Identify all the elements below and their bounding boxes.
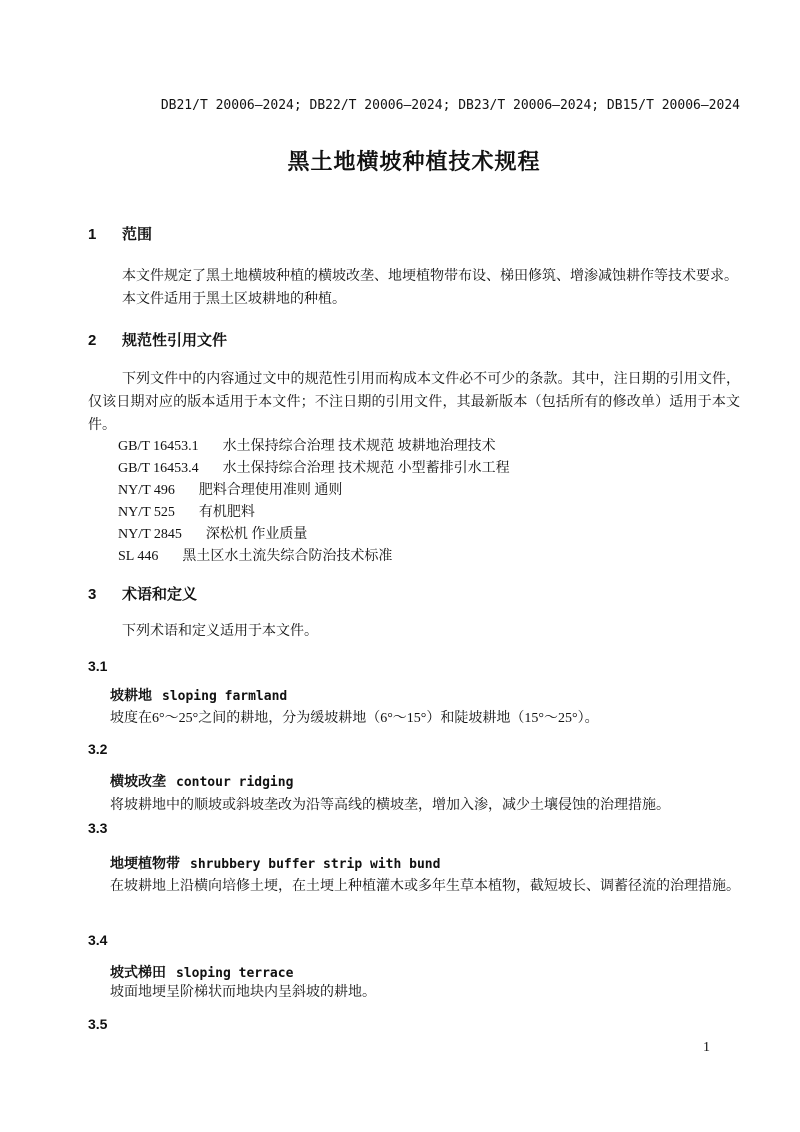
reference-item: NY/T 496肥料合理使用准则 通则 xyxy=(88,480,740,502)
section-heading-normative-references: 2规范性引用文件 xyxy=(88,332,740,350)
reference-title: 肥料合理使用准则 通则 xyxy=(199,483,343,498)
standard-document-page: DB21/T 20006—2024; DB22/T 20006—2024; DB… xyxy=(0,0,800,1132)
reference-title: 水土保持综合治理 技术规范 小型蓄排引水工程 xyxy=(223,461,510,476)
section-number: 2 xyxy=(88,332,122,350)
term-english: shrubbery buffer strip with bund xyxy=(190,857,440,872)
term-name: 地埂植物带shrubbery buffer strip with bund xyxy=(88,853,762,875)
section-heading-terms-definitions: 3术语和定义 xyxy=(88,586,740,604)
paragraph: 本文件规定了黑土地横坡种植的横坡改垄、地埂植物带布设、梯田修筑、增渗减蚀耕作等技… xyxy=(88,265,740,288)
term-definition: 在坡耕地上沿横向培修土埂，在土埂上种植灌木或多年生草本植物，截短坡长、调蓄径流的… xyxy=(88,875,740,898)
reference-code: NY/T 496 xyxy=(118,483,175,498)
term-number: 3.3 xyxy=(88,819,740,837)
section-number: 3 xyxy=(88,586,122,604)
reference-item: SL 446黑土区水土流失综合防治技术标准 xyxy=(88,546,740,568)
paragraph: 本文件适用于黑土区坡耕地的种植。 xyxy=(88,288,740,311)
reference-item: GB/T 16453.1水土保持综合治理 技术规范 坡耕地治理技术 xyxy=(88,436,740,458)
reference-item: GB/T 16453.4水土保持综合治理 技术规范 小型蓄排引水工程 xyxy=(88,458,740,480)
term-english: sloping farmland xyxy=(162,689,287,704)
reference-item: NY/T 2845深松机 作业质量 xyxy=(88,524,740,546)
page-number: 1 xyxy=(703,1040,710,1056)
term-chinese: 坡耕地 xyxy=(110,687,152,703)
term-number: 3.5 xyxy=(88,1015,740,1033)
reference-title: 深松机 作业质量 xyxy=(206,527,308,542)
term-definition: 坡面地埂呈阶梯状而地块内呈斜坡的耕地。 xyxy=(88,981,740,1004)
reference-list: GB/T 16453.1水土保持综合治理 技术规范 坡耕地治理技术 GB/T 1… xyxy=(88,436,740,568)
term-definition: 坡度在6°～25°之间的耕地，分为缓坡耕地（6°～15°）和陡坡耕地（15°～2… xyxy=(88,707,740,730)
section-scope-body: 本文件规定了黑土地横坡种植的横坡改垄、地埂植物带布设、梯田修筑、增渗减蚀耕作等技… xyxy=(88,265,740,311)
section-title: 范围 xyxy=(122,226,152,243)
reference-title: 有机肥料 xyxy=(199,505,255,520)
definition-text: 坡面地埂呈阶梯状而地块内呈斜坡的耕地。 xyxy=(88,981,740,1004)
term-number: 3.2 xyxy=(88,740,740,758)
term-english: sloping terrace xyxy=(176,966,293,981)
term-name: 横坡改垄contour ridging xyxy=(88,771,762,793)
section-heading-scope: 1范围 xyxy=(88,226,740,244)
term-name: 坡耕地sloping farmland xyxy=(88,685,762,707)
term-chinese: 坡式梯田 xyxy=(110,964,166,980)
reference-item: NY/T 525有机肥料 xyxy=(88,502,740,524)
reference-code: SL 446 xyxy=(118,549,158,564)
standard-code-line: DB21/T 20006—2024; DB22/T 20006—2024; DB… xyxy=(88,97,740,115)
paragraph: 下列术语和定义适用于本文件。 xyxy=(88,620,740,643)
reference-code: NY/T 525 xyxy=(118,505,175,520)
definition-text: 将坡耕地中的顺坡或斜坡垄改为沿等高线的横坡垄，增加入渗，减少土壤侵蚀的治理措施。 xyxy=(88,794,740,817)
term-chinese: 地埂植物带 xyxy=(110,855,180,871)
definition-text: 在坡耕地上沿横向培修土埂，在土埂上种植灌木或多年生草本植物，截短坡长、调蓄径流的… xyxy=(88,875,740,898)
reference-code: NY/T 2845 xyxy=(118,527,182,542)
reference-title: 黑土区水土流失综合防治技术标准 xyxy=(182,549,392,564)
term-number: 3.1 xyxy=(88,657,740,675)
document-title: 黑土地横坡种植技术规程 xyxy=(88,149,740,175)
term-english: contour ridging xyxy=(176,775,293,790)
terms-intro: 下列术语和定义适用于本文件。 xyxy=(88,620,740,643)
section-number: 1 xyxy=(88,226,122,244)
reference-title: 水土保持综合治理 技术规范 坡耕地治理技术 xyxy=(223,439,496,454)
reference-code: GB/T 16453.1 xyxy=(118,439,199,454)
section-title: 术语和定义 xyxy=(122,586,197,603)
term-chinese: 横坡改垄 xyxy=(110,773,166,789)
reference-code: GB/T 16453.4 xyxy=(118,461,199,476)
term-definition: 将坡耕地中的顺坡或斜坡垄改为沿等高线的横坡垄，增加入渗，减少土壤侵蚀的治理措施。 xyxy=(88,794,740,817)
section-title: 规范性引用文件 xyxy=(122,332,227,349)
section-normative-references-body: 下列文件中的内容通过文中的规范性引用而构成本文件必不可少的条款。其中，注日期的引… xyxy=(88,368,740,437)
term-number: 3.4 xyxy=(88,931,740,949)
paragraph: 下列文件中的内容通过文中的规范性引用而构成本文件必不可少的条款。其中，注日期的引… xyxy=(88,368,740,437)
definition-text: 坡度在6°～25°之间的耕地，分为缓坡耕地（6°～15°）和陡坡耕地（15°～2… xyxy=(88,707,740,730)
